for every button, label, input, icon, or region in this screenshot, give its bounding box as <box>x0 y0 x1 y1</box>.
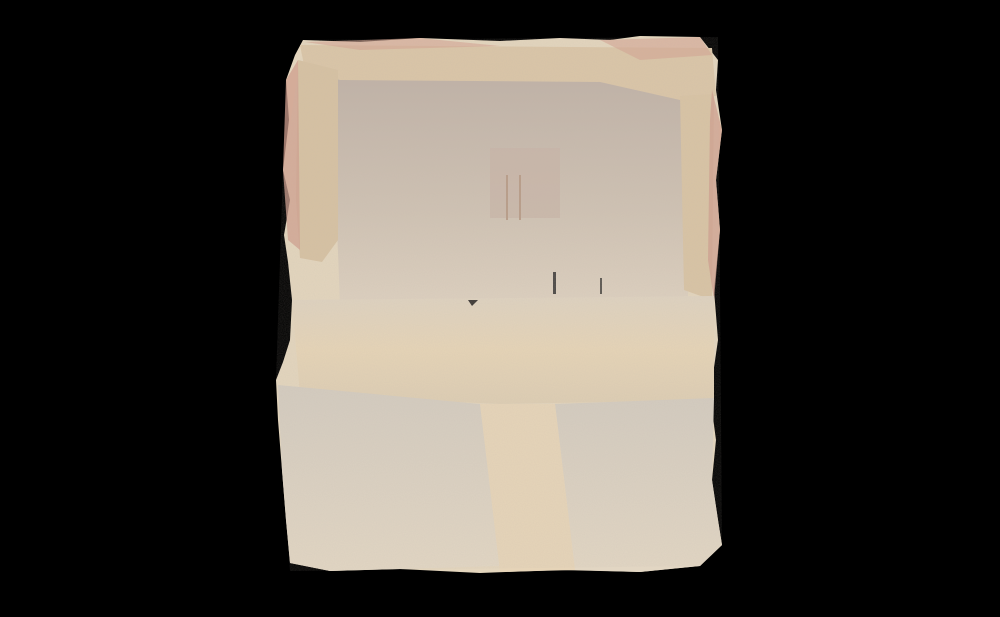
textile-fragment-photo <box>0 0 1000 617</box>
textile-fragment <box>0 0 1000 617</box>
